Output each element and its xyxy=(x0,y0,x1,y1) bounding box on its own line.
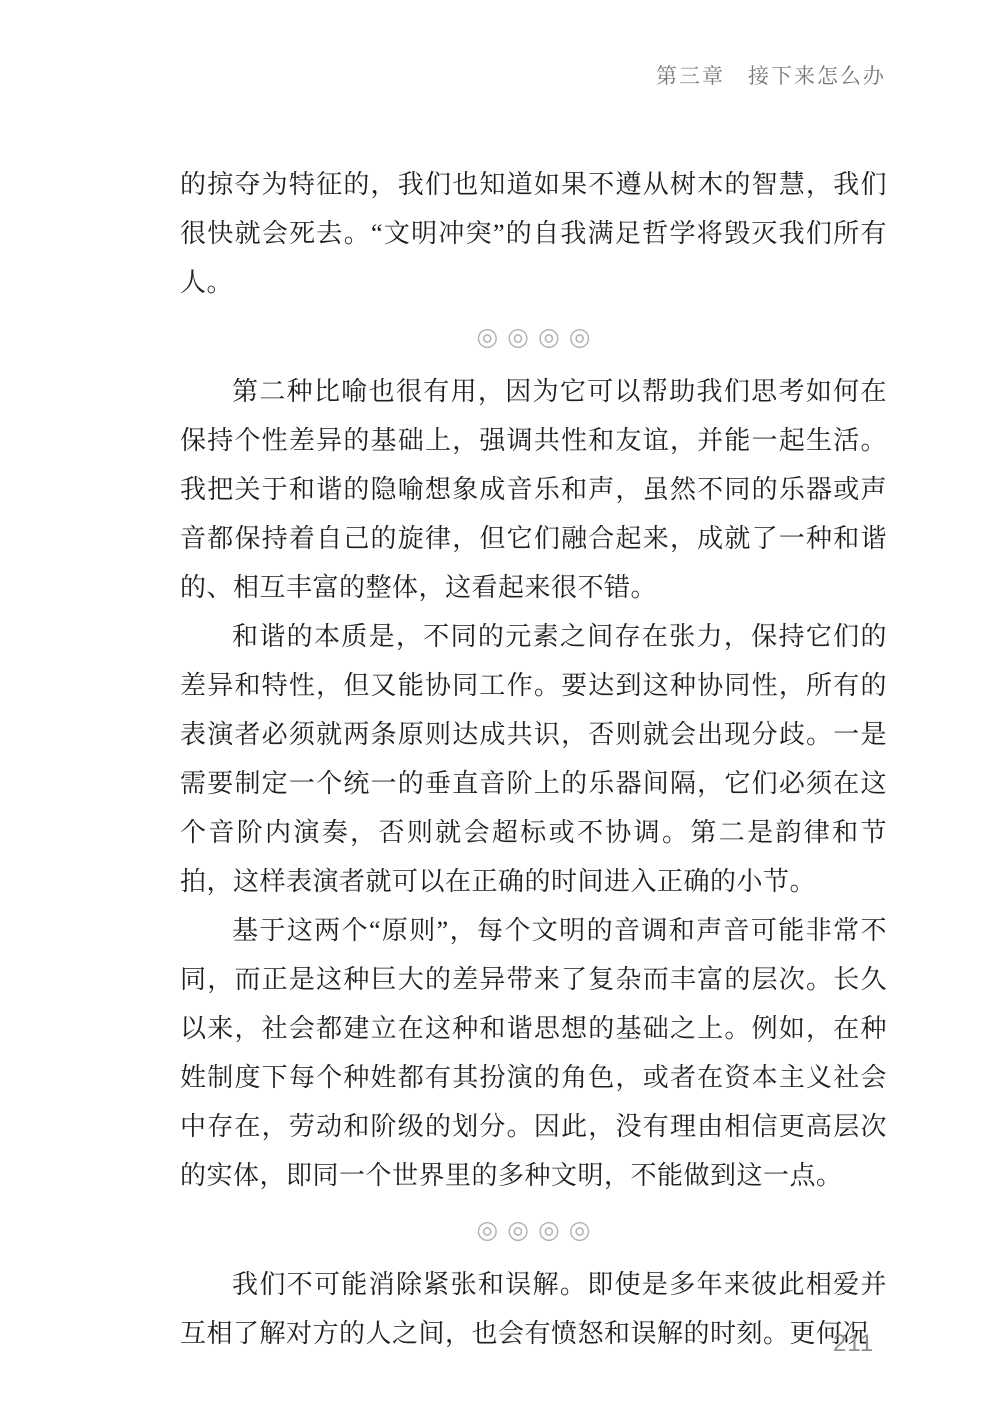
paragraph-two-principles: 基于这两个“原则”，每个文明的音调和声音可能非常不同，而正是这种巨大的差异带来了… xyxy=(180,906,887,1200)
running-head-chapter-title: 第三章 接下来怎么办 xyxy=(656,60,886,90)
paragraph-harmony-essence: 和谐的本质是，不同的元素之间存在张力，保持它们的差异和特性，但又能协同工作。要达… xyxy=(180,612,887,906)
body-text-block: 的掠夺为特征的，我们也知道如果不遵从树木的智慧，我们很快就会死去。“文明冲突”的… xyxy=(180,160,887,1358)
paragraph-continuation: 的掠夺为特征的，我们也知道如果不遵从树木的智慧，我们很快就会死去。“文明冲突”的… xyxy=(180,160,887,307)
section-separator-ornament: ◎◎◎◎ xyxy=(180,307,887,367)
section-separator-ornament: ◎◎◎◎ xyxy=(180,1200,887,1260)
page-number: 211 xyxy=(833,1330,874,1358)
paragraph-tension-misunderstanding: 我们不可能消除紧张和误解。即使是多年来彼此相爱并互相了解对方的人之间，也会有愤怒… xyxy=(180,1260,887,1358)
paragraph-second-metaphor: 第二种比喻也很有用，因为它可以帮助我们思考如何在保持个性差异的基础上，强调共性和… xyxy=(180,367,887,612)
book-page: 第三章 接下来怎么办 的掠夺为特征的，我们也知道如果不遵从树木的智慧，我们很快就… xyxy=(0,0,1000,1420)
